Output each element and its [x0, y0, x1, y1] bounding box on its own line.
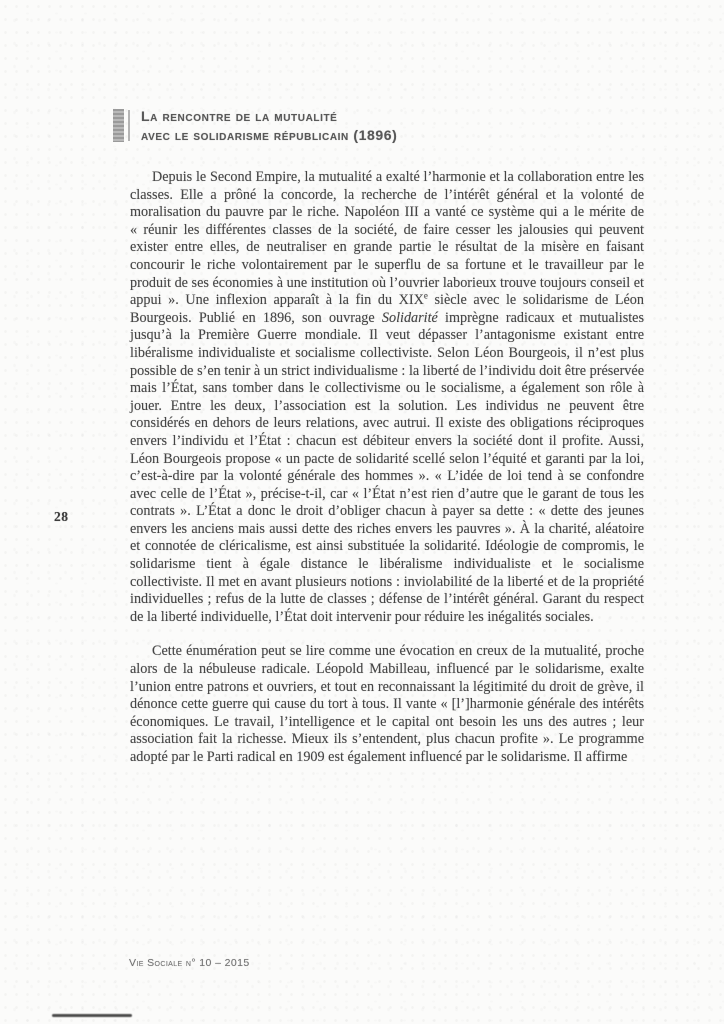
section-title-line1: La rencontre de la mutualité [141, 107, 397, 126]
paragraph: Cette énumération peut se lire comme une… [130, 643, 644, 766]
page-number: 28 [54, 509, 69, 525]
section-heading: La rencontre de la mutualité avec le sol… [113, 107, 397, 144]
section-title-line2: avec le solidarisme républicain (1896) [141, 126, 397, 145]
scan-artifact-line [52, 1014, 132, 1017]
scanned-page: La rencontre de la mutualité avec le sol… [0, 0, 724, 1024]
section-marker-icon [113, 109, 130, 142]
body-text: Depuis le Second Empire, la mutualité a … [130, 169, 644, 767]
section-title: La rencontre de la mutualité avec le sol… [141, 107, 397, 144]
paragraph: Depuis le Second Empire, la mutualité a … [130, 169, 644, 626]
journal-footer: Vie Sociale n° 10 – 2015 [129, 957, 250, 969]
